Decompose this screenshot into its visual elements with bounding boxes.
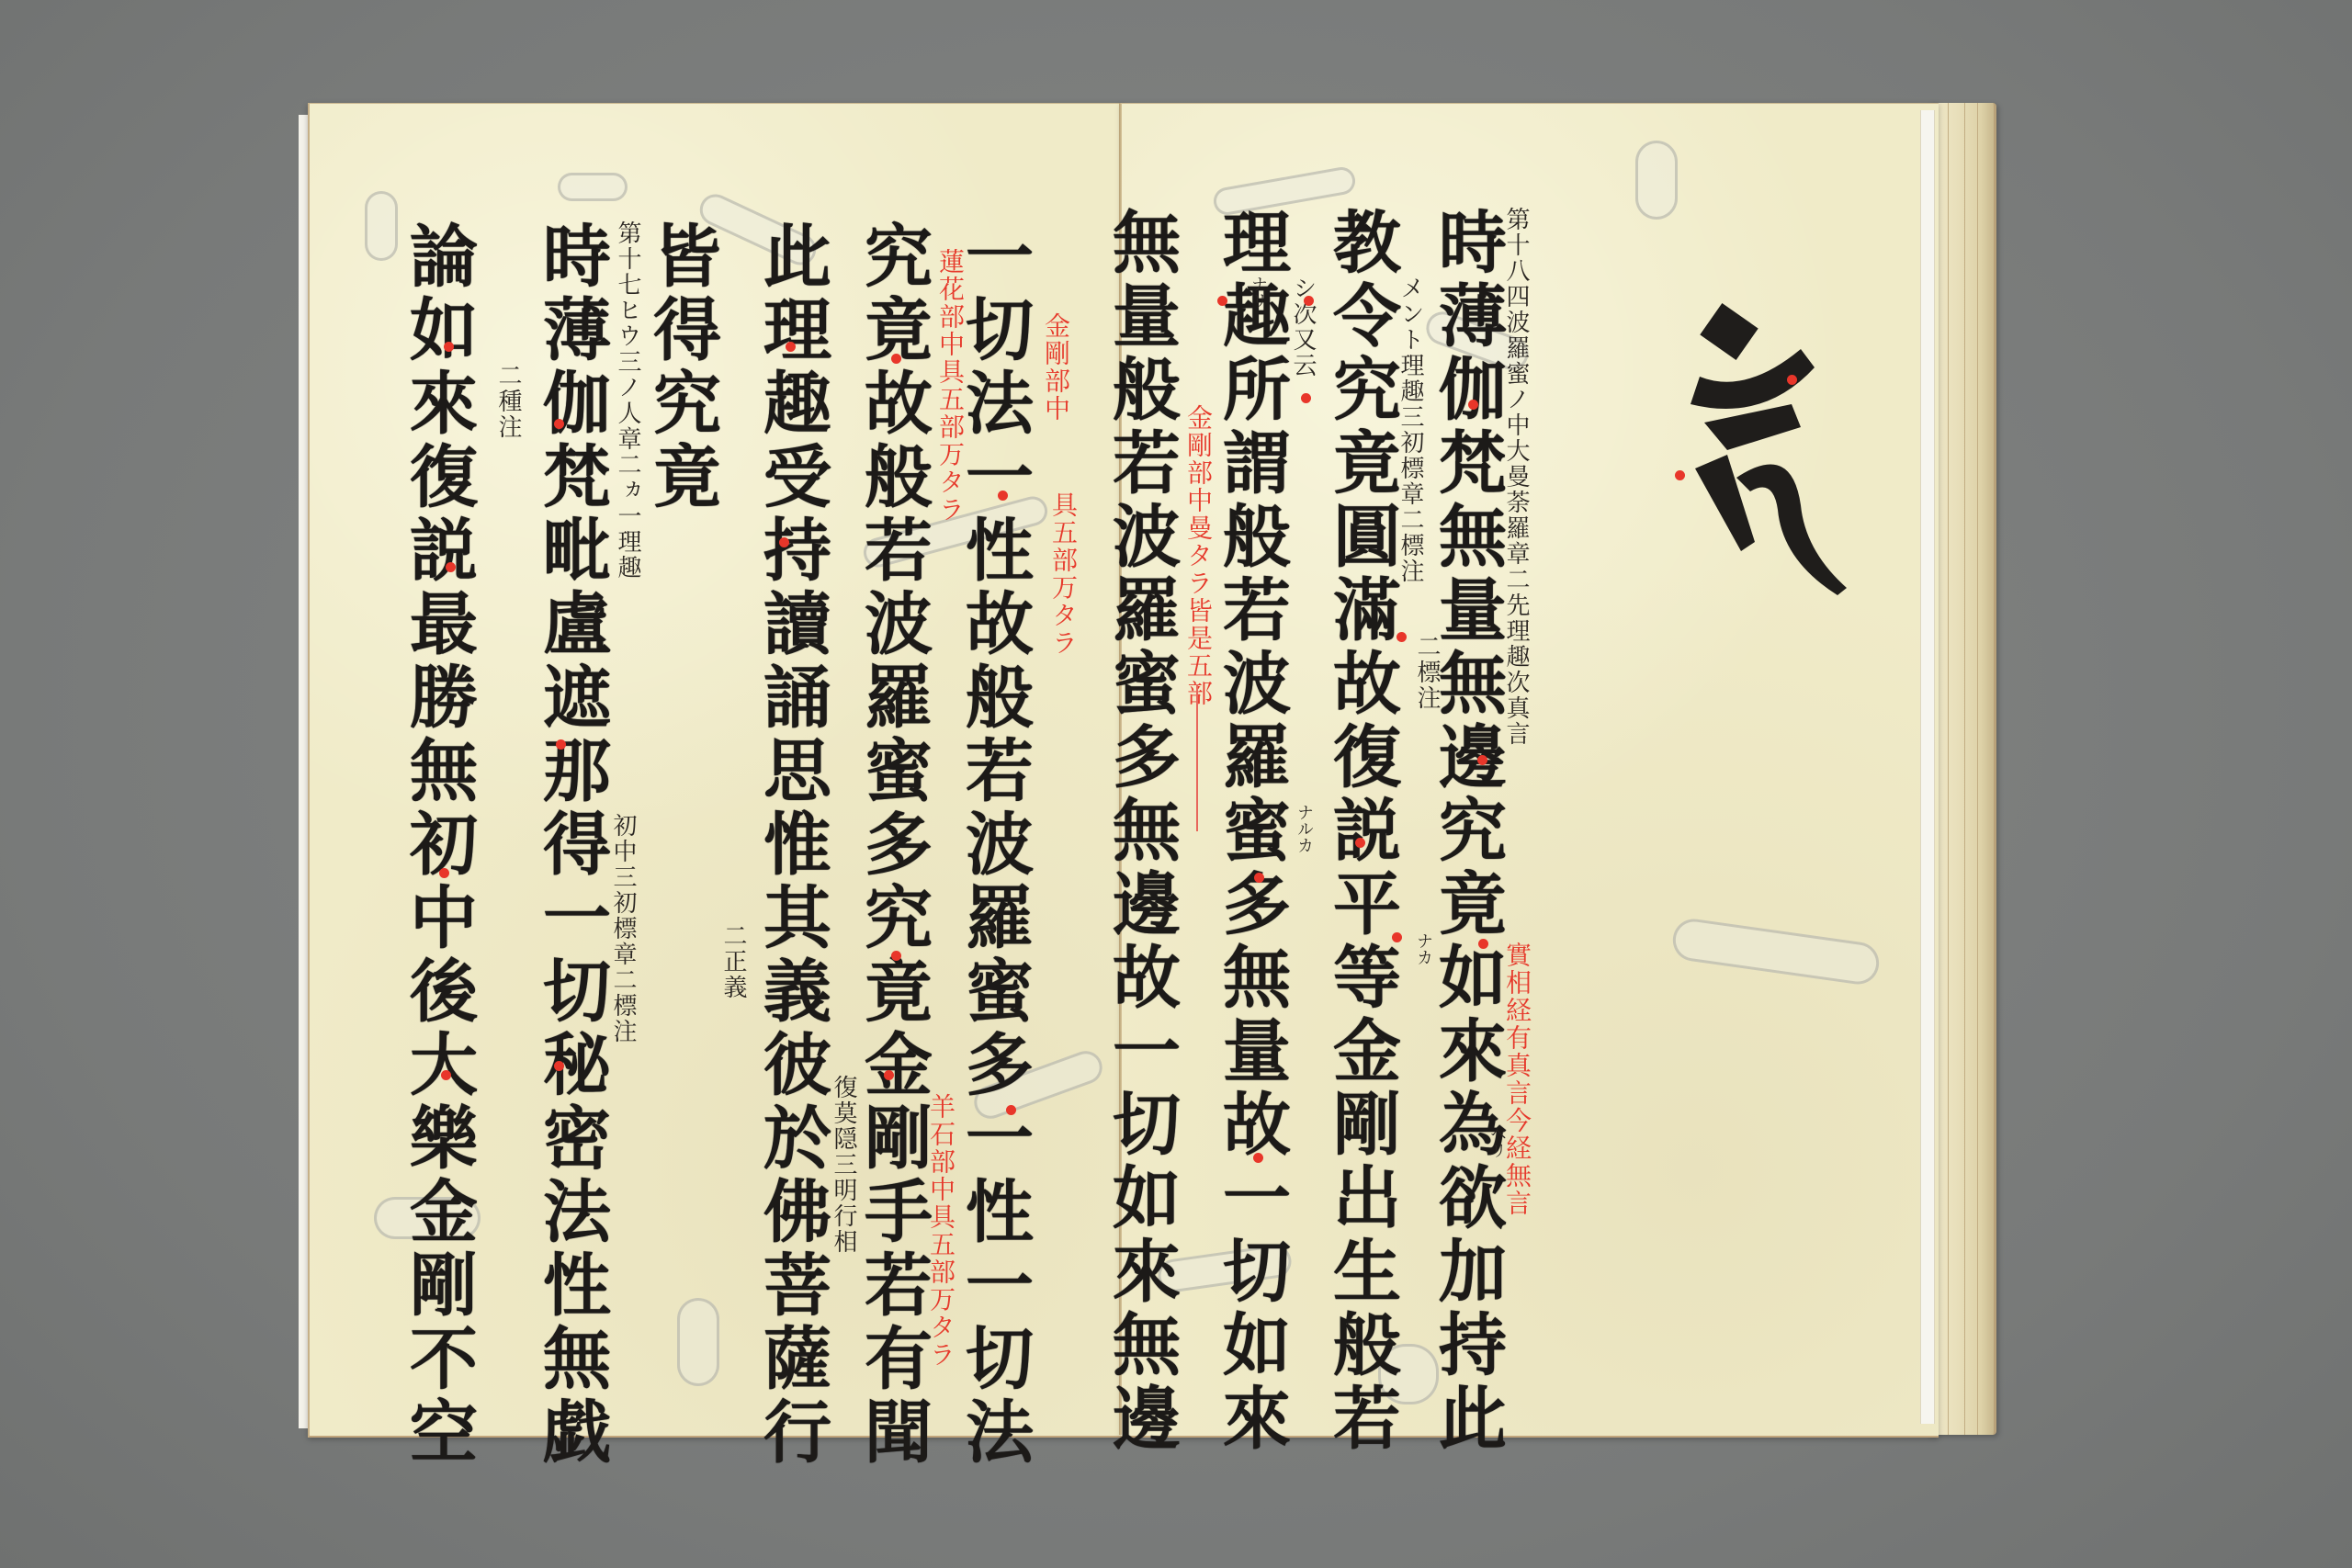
furigana: ヘリ (1488, 1125, 1505, 1158)
red-punctuation-dot (1254, 873, 1264, 883)
red-annotation: 具五部万タラ (1050, 491, 1076, 657)
column-annotation: 二種注 (496, 363, 520, 440)
sutra-column-r1: 時薄伽梵無量無邊究竟如來為欲加持此 (1433, 207, 1501, 1456)
red-punctuation-dot (884, 1070, 894, 1080)
sutra-column-r4: 無量般若波羅蜜多無邊故一切如來無邊 (1107, 207, 1175, 1456)
column-annotation: 第十七ヒウ三ノ人章二ヵ一理趣 (616, 220, 639, 581)
red-punctuation-dot (1787, 375, 1797, 385)
furigana: ナカ (1415, 932, 1431, 965)
sutra-column-l3: 此理趣受持讀誦思惟其義彼於佛菩薩行 (758, 220, 826, 1470)
red-punctuation-dot (1301, 393, 1311, 403)
column-annotation: 二標注 (1415, 634, 1439, 711)
red-punctuation-dot (998, 491, 1008, 501)
red-punctuation-dot (1478, 939, 1488, 949)
red-punctuation-dot (446, 562, 456, 572)
wormhole (677, 1298, 719, 1386)
red-punctuation-dot (891, 951, 901, 961)
red-punctuation-dot (786, 342, 796, 352)
red-annotation: 金剛部中 (1043, 312, 1069, 423)
sutra-column-l1: 一切法一性故般若波羅蜜多一性一切法 (960, 220, 1028, 1470)
red-punctuation-dot (1477, 755, 1487, 765)
column-annotation: シ次又云 (1291, 276, 1315, 378)
red-punctuation-dot (441, 1070, 451, 1080)
red-punctuation-dot (554, 419, 564, 429)
wormhole (1670, 916, 1882, 987)
red-punctuation-dot (556, 739, 566, 750)
red-annotation: 實相経有真言今経無言 (1504, 942, 1530, 1327)
red-punctuation-dot (1355, 838, 1365, 848)
furigana: ナリ (1249, 276, 1266, 309)
red-punctuation-dot (1468, 400, 1478, 410)
sutra-column-l6: 論如來復説最勝無初中後大樂金剛不空 (404, 220, 472, 1470)
column-annotation: 復莫隠三明行相 (831, 1075, 855, 1255)
sutra-column-r2: 教令究竟圓滿故復説平等金剛出生般若 (1328, 207, 1396, 1456)
header-annotation: 第十八四波羅蜜ノ中大曼荼羅章二先理趣次真言 (1504, 207, 1528, 747)
red-punctuation-dot (1396, 632, 1407, 642)
page-edge-line (1964, 103, 1965, 1435)
red-punctuation-dot (439, 868, 449, 878)
sutra-column-l4: 皆得究竟 (648, 220, 716, 514)
red-punctuation-dot (1253, 1153, 1263, 1163)
column-annotation: 二正義 (721, 923, 745, 1000)
wormhole (365, 191, 398, 261)
sutra-column-l2: 究竟故般若波羅蜜多究竟金剛手若有聞 (859, 220, 927, 1470)
page-edge-line (1977, 103, 1978, 1435)
column-annotation: メント理趣三初標章二標注 (1398, 276, 1422, 584)
red-punctuation-dot (1392, 932, 1402, 942)
page-stack-edge (1929, 103, 1996, 1435)
red-punctuation-dot (779, 537, 789, 547)
red-annotation: 金剛部中曼タラ皆是五部 (1185, 404, 1211, 707)
sutra-column-l5: 時薄伽梵毗盧遮那得一切秘密法性無戯 (537, 220, 605, 1470)
sutra-column-r3: 理趣所謂般若波羅蜜多無量故一切如來 (1217, 207, 1285, 1456)
open-manuscript: 第十八四波羅蜜ノ中大曼荼羅章二先理趣次真言 實相経有真言今経無言 時薄伽梵無量無… (0, 0, 2352, 1568)
red-punctuation-dot (1006, 1105, 1016, 1115)
column-annotation: 初中三初標章二標注 (611, 813, 635, 1044)
red-annotation: 蓮花部中具五部万タラ (937, 248, 963, 524)
red-punctuation-dot (1217, 296, 1227, 306)
siddham-syllable-icon (1690, 266, 1856, 597)
red-marker-line (1196, 684, 1198, 831)
red-punctuation-dot (891, 354, 901, 364)
wormhole (1635, 141, 1678, 220)
furigana: ナルカ (1295, 804, 1312, 853)
red-punctuation-dot (1304, 296, 1314, 306)
binding-strip (1920, 110, 1935, 1424)
page-edge-line (1948, 103, 1949, 1435)
wormhole (558, 173, 628, 201)
red-punctuation-dot (554, 1061, 564, 1071)
red-punctuation-dot (1675, 470, 1685, 480)
red-punctuation-dot (444, 342, 454, 352)
